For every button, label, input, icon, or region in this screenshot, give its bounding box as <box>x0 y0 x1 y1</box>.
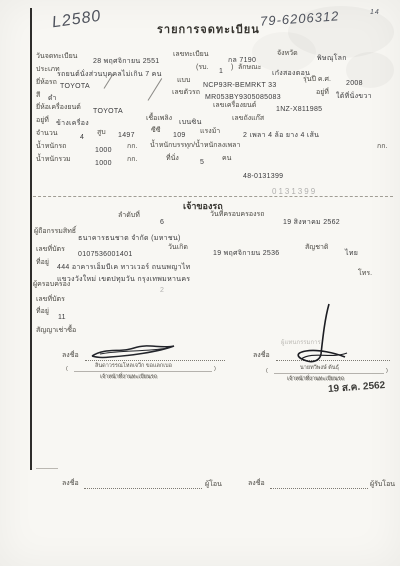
field-label-card-no: เลขที่บัตร <box>36 246 65 253</box>
field-value-engine-location: ข้างเครื่อง <box>56 120 89 127</box>
field-value-axles: 2 เพลา 4 ล้อ ยาง 4 เส้น <box>243 132 319 139</box>
transferor-label: ผู้โอน <box>205 481 222 488</box>
transferor-sign-line <box>84 488 202 489</box>
signer-name-right: นายทวีพงษ์ ต้นธุ์ <box>300 366 339 372</box>
field-label-hire-purchase-contract: สัญญาเช่าซื้อ <box>36 327 76 334</box>
signer-caption-right: เจ้าหน้าที่งานทะเบียนรถ <box>287 377 344 383</box>
sign-label-transferee: ลงชื่อ <box>248 480 265 487</box>
field-value-year: 2008 <box>346 80 363 87</box>
field-value-rb-num: 1 <box>219 68 223 75</box>
field-value-color: ดำ <box>48 95 57 102</box>
field-label-vin-location: อยู่ที่ <box>316 89 329 96</box>
field-value-possession-date: 19 สิงหาคม 2562 <box>283 219 340 226</box>
field-label-brand: ยี่ห้อรถ <box>36 79 57 86</box>
transferee-label: ผู้รับโอน <box>370 481 395 488</box>
field-value-gross-weight: 1000 <box>95 160 112 167</box>
field-label-vin: เลขตัวรถ <box>172 89 200 96</box>
field-value-brand: TOYOTA <box>60 83 90 90</box>
field-label-gas-tank: เลขถังแก๊ส <box>232 115 264 122</box>
field-label-rb-open: (รบ. <box>196 64 208 71</box>
signature-scribble-right <box>283 300 355 366</box>
handwritten-code-right-sup: 14 <box>370 9 380 16</box>
document-title: รายการจดทะเบียน <box>157 25 260 36</box>
unit-kg: กก. <box>127 143 137 150</box>
field-label-address: ที่อยู่ <box>36 259 49 266</box>
transferee-sign-line <box>270 488 368 489</box>
field-value-engine-brand: TOYOTA <box>93 108 123 115</box>
field-value-plate: กล 7190 <box>228 57 256 64</box>
field-label-holder: ผู้ถือกรรมสิทธิ์ <box>34 228 76 235</box>
field-label-birthdate: วันเกิด <box>168 244 188 251</box>
signer-caption-left: เจ้าหน้าที่งานทะเบียนรถ <box>100 375 157 381</box>
faint-serial-bleed: 0131399 <box>272 188 317 196</box>
form-serial-number: 48-0131399 <box>243 173 283 180</box>
field-label-color: สี <box>36 92 40 99</box>
pencil-slash <box>148 78 163 101</box>
field-label-rb-close: ) <box>231 64 233 71</box>
field-label-gross-weight: น้ำหนักรวม <box>36 156 71 163</box>
field-label-address-2: ที่อยู่ <box>36 308 49 315</box>
field-value-province: พิษณุโลก <box>317 55 347 62</box>
signature-scribble-left <box>88 340 188 362</box>
registration-document: L2580 79-6206312 14 รายการจดทะเบียน วันจ… <box>0 0 400 566</box>
margin-tick <box>36 468 58 469</box>
field-label-horsepower: แรงม้า <box>200 128 220 135</box>
field-label-engine-no: เลขเครื่องยนต์ <box>213 102 256 109</box>
field-value-weight: 1000 <box>95 147 112 154</box>
margin-rule <box>30 8 32 470</box>
field-label-telephone: โทร. <box>358 270 372 277</box>
date-stamp: 19 ส.ค. 2562 <box>328 381 386 395</box>
field-label-weight: น้ำหนักรถ <box>36 143 66 150</box>
field-label-year: รุ่นปี ค.ศ. <box>303 76 331 83</box>
field-label-province: จังหวัด <box>277 50 298 57</box>
field-label-count: จำนวน <box>36 130 58 137</box>
field-value-vin: MR053BY9305085083 <box>205 94 281 101</box>
field-value-holder: ธนาคารธนชาต จำกัด (มหาชน) <box>78 235 181 242</box>
paren-close-left: ) <box>214 367 216 373</box>
sign-label-left: ลงชื่อ <box>62 352 79 359</box>
field-label-cc: ซีซี <box>151 127 161 134</box>
unit-kg: กก. <box>377 143 387 150</box>
field-label-possessor: ผู้ครอบครอง <box>33 281 70 288</box>
field-value-nationality: ไทย <box>345 250 358 257</box>
section-divider <box>33 196 393 197</box>
paren-open-right: ( <box>266 369 268 375</box>
field-value-address-line1: 444 อาคารเอ็มบีเค ทาวเวอร์ ถนนพญาไท <box>57 264 191 271</box>
name-bracket-line-right <box>274 373 384 374</box>
field-label-card-no-2: เลขที่บัตร <box>36 296 65 303</box>
field-value-cc: 1497 <box>118 132 135 139</box>
handwritten-code-left: L2580 <box>51 9 102 32</box>
field-value-engine-no: 1NZ-X811985 <box>276 106 322 113</box>
field-value-address-2: 11 <box>58 314 66 321</box>
field-value-possessor-note: 2 <box>160 287 164 294</box>
name-bracket-line-left <box>74 371 212 372</box>
field-value-cylinders: 4 <box>80 134 84 141</box>
field-label-model: แบบ <box>177 77 190 84</box>
field-value-reg-date: 28 พฤศจิกายน 2551 <box>93 58 160 65</box>
field-label-order: ลำดับที่ <box>118 212 140 219</box>
field-value-fuel: เบนซิน <box>179 119 202 126</box>
unit-kg: กก. <box>127 156 137 163</box>
signer-name-left: ลินดาวรรณโหลเจวีก ขอแลกเบอ <box>95 364 172 370</box>
field-label-cylinders: สูบ <box>97 129 106 136</box>
field-label-seats: ที่นั่ง <box>166 155 179 162</box>
field-label-possession-date: วันที่ครอบครองรถ <box>210 211 264 218</box>
field-label-style: ลักษณะ <box>238 64 261 71</box>
unit-persons: คน <box>222 155 231 162</box>
field-label-engine-brand: ยี่ห้อเครื่องยนต์ <box>36 104 81 111</box>
field-value-address-line2: แขวงวังใหม่ เขตปทุมวัน กรุงเทพมหานคร <box>57 276 190 283</box>
sign-label-right: ลงชื่อ <box>253 352 270 359</box>
field-label-load: น้ำหนักบรรทุก/น้ำหนักลงเพลา <box>150 142 240 149</box>
sign-label-transferor: ลงชื่อ <box>62 480 79 487</box>
owner-section-header: เจ้าของรถ <box>183 202 223 211</box>
field-value-card-no: 0107536001401 <box>78 251 133 258</box>
field-value-horsepower: 109 <box>173 132 186 139</box>
field-value-seats: 5 <box>200 159 204 166</box>
field-label-plate: เลขทะเบียน <box>173 51 209 58</box>
field-label-nationality: สัญชาติ <box>305 244 328 251</box>
field-label-fuel: เชื้อเพลิง <box>146 115 172 122</box>
field-value-order: 6 <box>160 219 164 226</box>
field-value-birthdate: 19 พฤศจิกายน 2536 <box>213 250 280 257</box>
field-label-reg-date: วันจดทะเบียน <box>36 53 77 60</box>
field-value-model: NCP93R-BEMRKT 33 <box>203 82 277 89</box>
paren-open-left: ( <box>66 367 68 373</box>
paren-close-right: ) <box>386 369 388 375</box>
field-value-vin-location: ใต้ที่นั่งขวา <box>336 93 372 100</box>
field-label-engine-location: อยู่ที่ <box>36 117 49 124</box>
